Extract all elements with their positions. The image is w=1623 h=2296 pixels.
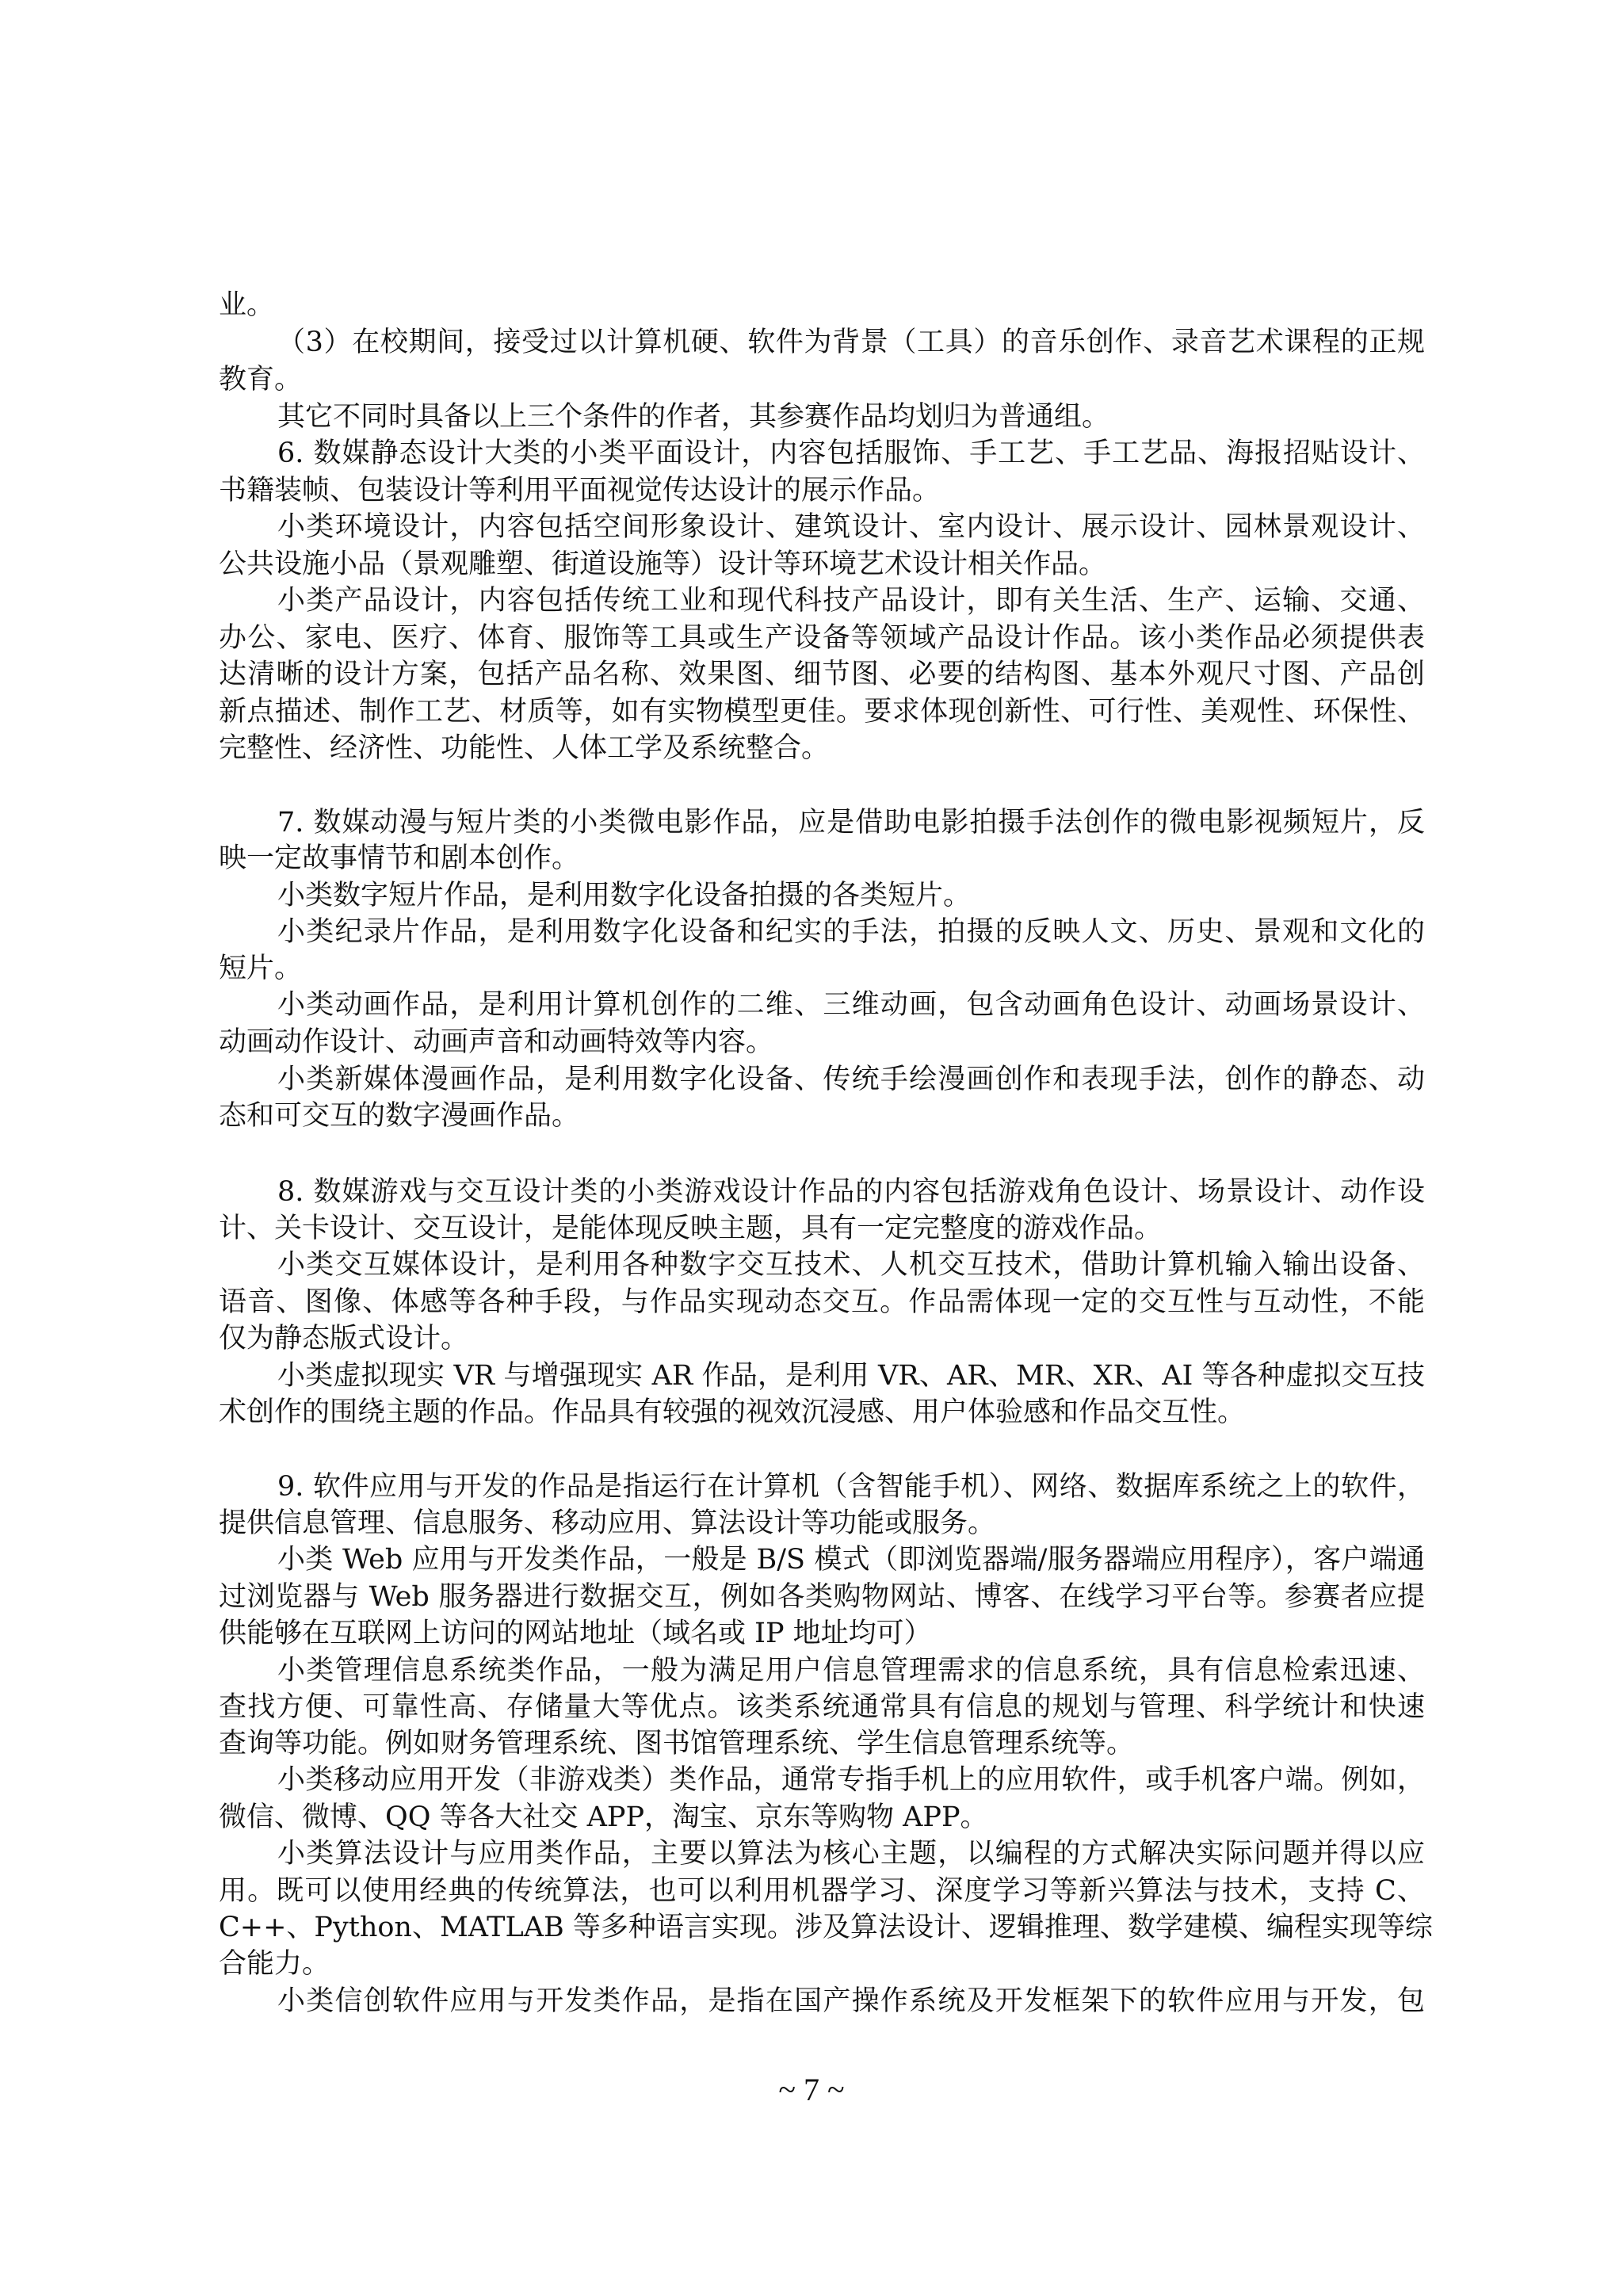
text-line: 小类移动应用开发（非游戏类）类作品，通常专指手机上的应用软件，或手机客户端。例如… [277,1762,1425,1798]
section-heading-8: 8. 数媒游戏与交互设计类的小类游戏设计作品的内容包括游戏角色设计、场景设计、动… [277,1174,1425,1210]
text-line: 用。既可以使用经典的传统算法，也可以利用机器学习、深度学习等新兴算法与技术，支持… [219,1873,1425,1909]
text-line: 办公、家电、医疗、体育、服饰等工具或生产设备等领域产品设计作品。该小类作品必须提… [219,620,1425,656]
text-line: 术创作的围绕主题的作品。作品具有较强的视效沉浸感、用户体验感和作品交互性。 [219,1394,1425,1431]
text-line: 小类管理信息系统类作品，一般为满足用户信息管理需求的信息系统，具有信息检索迅速、 [277,1652,1425,1689]
text-line: 完整性、经济性、功能性、人体工学及系统整合。 [219,730,1425,766]
document-page: 业。 （3）在校期间，接受过以计算机硬、软件为背景（工具）的音乐创作、录音艺术课… [0,0,1623,2296]
text-line: 供能够在互联网上访问的网站地址（域名或 IP 地址均可） [219,1615,1425,1652]
text-line: 书籍装帧、包装设计等利用平面视觉传达设计的展示作品。 [219,472,1425,509]
text-line: 小类数字短片作品，是利用数字化设备拍摄的各类短片。 [277,877,1425,914]
text-line: 其它不同时具备以上三个条件的作者，其参赛作品均划归为普通组。 [277,399,1425,435]
text-line: 业。 [219,287,1425,323]
text-line: 映一定故事情节和剧本创作。 [219,840,1425,877]
text-line: 小类交互媒体设计，是利用各种数字交互技术、人机交互技术，借助计算机输入输出设备、 [277,1247,1425,1283]
text-line: 小类 Web 应用与开发类作品，一般是 B/S 模式（即浏览器端/服务器端应用程… [277,1541,1425,1578]
text-line: 小类算法设计与应用类作品，主要以算法为核心主题，以编程的方式解决实际问题并得以应 [277,1836,1425,1872]
text-line: 达清晰的设计方案，包括产品名称、效果图、细节图、必要的结构图、基本外观尺寸图、产… [219,656,1425,693]
text-line: 提供信息管理、信息服务、移动应用、算法设计等功能或服务。 [219,1505,1425,1541]
text-line: 动画动作设计、动画声音和动画特效等内容。 [219,1024,1425,1060]
text-line: 小类信创软件应用与开发类作品，是指在国产操作系统及开发框架下的软件应用与开发，包 [277,1983,1425,2019]
text-line: （3）在校期间，接受过以计算机硬、软件为背景（工具）的音乐创作、录音艺术课程的正… [277,324,1425,361]
section-heading-7: 7. 数媒动漫与短片类的小类微电影作品，应是借助电影拍摄手法创作的微电影视频短片… [277,804,1425,841]
text-line: C++、Python、MATLAB 等多种语言实现。涉及算法设计、逻辑推理、数学… [219,1909,1425,1946]
text-line: 小类纪录片作品，是利用数字化设备和纪实的手法，拍摄的反映人文、历史、景观和文化的 [277,914,1425,950]
text-line: 查询等功能。例如财务管理系统、图书馆管理系统、学生信息管理系统等。 [219,1725,1425,1762]
text-line: 小类环境设计，内容包括空间形象设计、建筑设计、室内设计、展示设计、园林景观设计、 [277,509,1425,545]
text-line: 过浏览器与 Web 服务器进行数据交互，例如各类购物网站、博客、在线学习平台等。… [219,1579,1425,1615]
text-line: 微信、微博、QQ 等各大社交 APP，淘宝、京东等购物 APP。 [219,1799,1425,1836]
text-line: 小类产品设计，内容包括传统工业和现代科技产品设计，即有关生活、生产、运输、交通、 [277,583,1425,619]
text-line: 新点描述、制作工艺、材质等，如有实物模型更佳。要求体现创新性、可行性、美观性、环… [219,693,1425,730]
text-line: 小类动画作品，是利用计算机创作的二维、三维动画，包含动画角色设计、动画场景设计、 [277,987,1425,1023]
text-line: 小类新媒体漫画作品，是利用数字化设备、传统手绘漫画创作和表现手法，创作的静态、动 [277,1061,1425,1098]
text-line: 短片。 [219,950,1425,987]
text-line: 教育。 [219,361,1425,398]
text-line: 公共设施小品（景观雕塑、街道设施等）设计等环境艺术设计相关作品。 [219,546,1425,583]
text-line: 语音、图像、体感等各种手段，与作品实现动态交互。作品需体现一定的交互性与互动性，… [219,1284,1425,1320]
section-heading-6: 6. 数媒静态设计大类的小类平面设计，内容包括服饰、手工艺、手工艺品、海报招贴设… [277,435,1425,472]
text-line: 计、关卡设计、交互设计，是能体现反映主题，具有一定完整度的游戏作品。 [219,1210,1425,1247]
text-line: 小类虚拟现实 VR 与增强现实 AR 作品，是利用 VR、AR、MR、XR、AI… [277,1358,1425,1394]
page-number: ~ 7 ~ [0,2070,1623,2110]
text-line: 态和可交互的数字漫画作品。 [219,1098,1425,1134]
text-line: 查找方便、可靠性高、存储量大等优点。该类系统通常具有信息的规划与管理、科学统计和… [219,1689,1425,1725]
text-line: 合能力。 [219,1946,1425,1982]
section-heading-9: 9. 软件应用与开发的作品是指运行在计算机（含智能手机）、网络、数据库系统之上的… [277,1469,1425,1505]
text-line: 仅为静态版式设计。 [219,1320,1425,1357]
